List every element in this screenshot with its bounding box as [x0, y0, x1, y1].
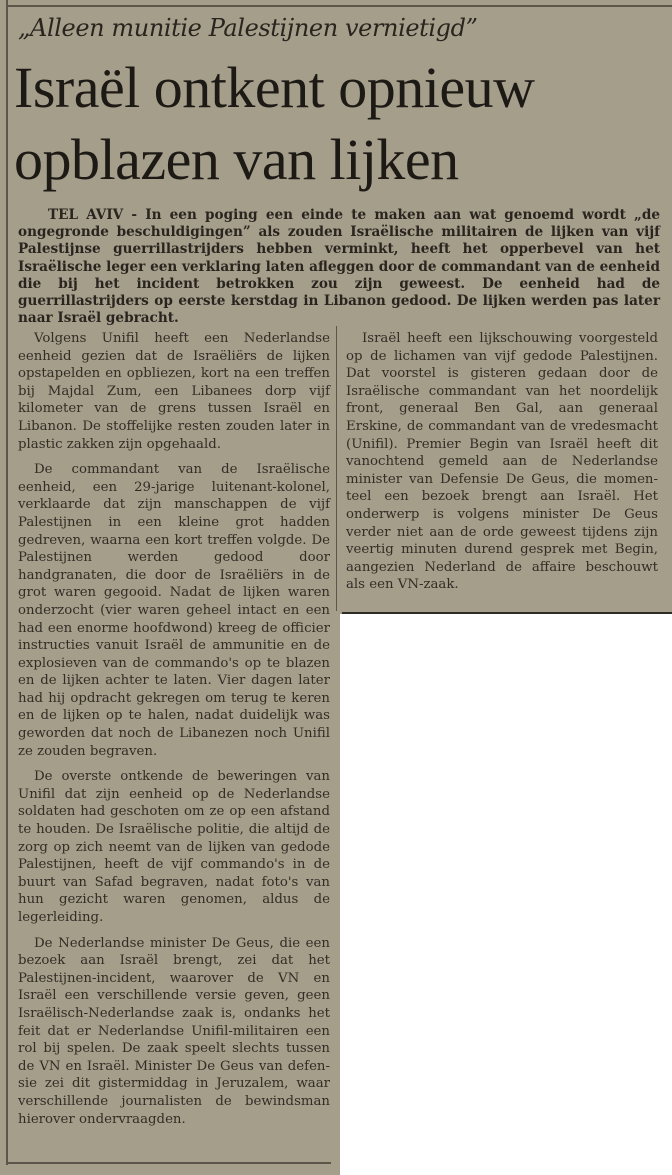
- body-paragraph: De commandant van de Israëlische eenheid…: [18, 461, 330, 760]
- body-paragraph: De overste ontkende de beweringen van Un…: [18, 768, 330, 926]
- right-column-bottom-rule: [342, 612, 672, 614]
- kicker: „Alleen munitie Palestijnen vernietigd”: [18, 14, 477, 42]
- left-column: Volgens Unifil heeft een Nederlandse een…: [18, 330, 330, 1136]
- bottom-rule: [6, 1162, 331, 1164]
- body-paragraph: Israël heeft een lijkschouwing voor­gest…: [346, 330, 658, 594]
- newspaper-clipping: „Alleen munitie Palestijnen vernietigd” …: [0, 0, 672, 1175]
- left-rule: [6, 0, 8, 1165]
- headline: Israël ontkent opnieuw opblazen van lijk…: [14, 52, 664, 196]
- top-rule: [6, 5, 672, 7]
- column-divider: [336, 326, 337, 611]
- body-paragraph: De Nederlandse minister De Geus, die een…: [18, 935, 330, 1129]
- lede-paragraph: TEL AVIV - In een poging een einde te ma…: [18, 207, 660, 327]
- body-paragraph: Volgens Unifil heeft een Nederlandse een…: [18, 330, 330, 453]
- headline-line-1: Israël ontkent opnieuw: [14, 52, 664, 124]
- headline-line-2: opblazen van lijken: [14, 124, 664, 196]
- right-column: Israël heeft een lijkschouwing voor­gest…: [346, 330, 658, 602]
